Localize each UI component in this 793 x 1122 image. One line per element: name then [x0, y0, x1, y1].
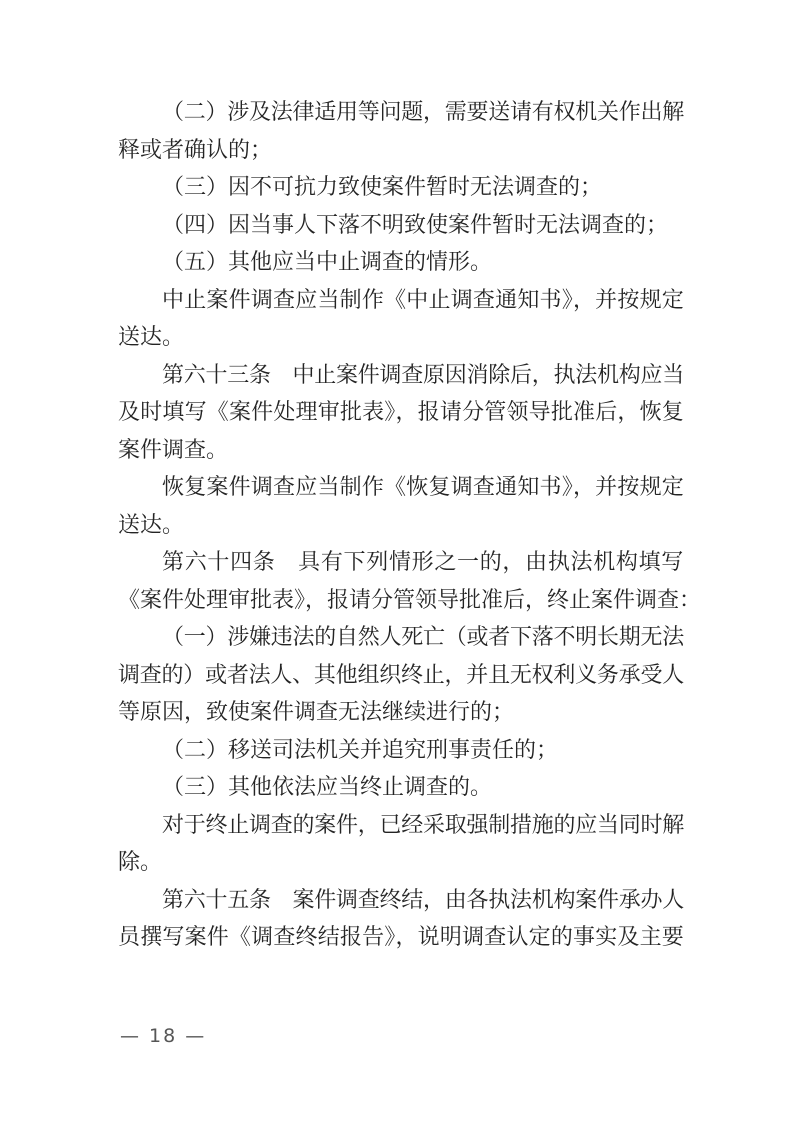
text-line: 恢复案件调查应当制作《恢复调查通知书》，并按规定 — [118, 468, 684, 506]
paragraph: （三）因不可抗力致使案件暂时无法调查的； — [118, 168, 684, 206]
text-line-content: 除。 — [118, 849, 162, 874]
document-page: （二）涉及法律适用等问题，需要送请有权机关作出解释或者确认的；（三）因不可抗力致… — [0, 0, 793, 1122]
text-line-content: 等原因，致使案件调查无法继续进行的； — [118, 699, 514, 724]
text-line-content: 《案件处理审批表》，报请分管领导批准后，终止案件调查： — [118, 587, 701, 612]
text-line-content: 案件调查。 — [118, 437, 228, 462]
text-line: 案件调查。 — [118, 431, 684, 469]
paragraph: （二）移送司法机关并追究刑事责任的； — [118, 731, 684, 769]
text-line-content: 送达。 — [118, 512, 184, 537]
text-line: （三）其他依法应当终止调查的。 — [118, 768, 684, 806]
paragraph: （二）涉及法律适用等问题，需要送请有权机关作出解释或者确认的； — [118, 93, 684, 168]
paragraph: 恢复案件调查应当制作《恢复调查通知书》，并按规定送达。 — [118, 468, 684, 543]
text-line-content: 第六十四条 具有下列情形之一的，由执法机构填写 — [162, 549, 684, 574]
text-line: （四）因当事人下落不明致使案件暂时无法调查的； — [118, 206, 684, 244]
paragraph: 第六十五条 案件调查终结，由各执法机构案件承办人员撰写案件《调查终结报告》，说明… — [118, 881, 684, 956]
text-line: 中止案件调查应当制作《中止调查通知书》，并按规定 — [118, 281, 684, 319]
page-number: — 18 — — [120, 1025, 206, 1047]
text-line: 调查的）或者法人、其他组织终止，并且无权利义务承受人 — [118, 656, 684, 694]
text-line: 送达。 — [118, 506, 684, 544]
text-line: 第六十四条 具有下列情形之一的，由执法机构填写 — [118, 543, 684, 581]
text-line-content: （四）因当事人下落不明致使案件暂时无法调查的； — [162, 212, 668, 237]
document-body: （二）涉及法律适用等问题，需要送请有权机关作出解释或者确认的；（三）因不可抗力致… — [118, 93, 684, 956]
text-line-content: 第六十三条 中止案件调查原因消除后，执法机构应当 — [162, 362, 684, 387]
text-line-content: 对于终止调查的案件，已经采取强制措施的应当同时解 — [162, 812, 684, 837]
paragraph: 对于终止调查的案件，已经采取强制措施的应当同时解除。 — [118, 806, 684, 881]
text-line: 释或者确认的； — [118, 131, 684, 169]
text-line-content: 第六十五条 案件调查终结，由各执法机构案件承办人 — [162, 887, 684, 912]
paragraph: 第六十三条 中止案件调查原因消除后，执法机构应当及时填写《案件处理审批表》，报请… — [118, 356, 684, 469]
paragraph: 第六十四条 具有下列情形之一的，由执法机构填写《案件处理审批表》，报请分管领导批… — [118, 543, 684, 618]
text-line-content: （三）因不可抗力致使案件暂时无法调查的； — [162, 174, 602, 199]
text-line: （一）涉嫌违法的自然人死亡（或者下落不明长期无法 — [118, 618, 684, 656]
text-line: 及时填写《案件处理审批表》，报请分管领导批准后，恢复 — [118, 393, 684, 431]
text-line: （二）涉及法律适用等问题，需要送请有权机关作出解 — [118, 93, 684, 131]
text-line-content: 及时填写《案件处理审批表》，报请分管领导批准后，恢复 — [118, 399, 684, 424]
text-line-content: 员撰写案件《调查终结报告》，说明调查认定的事实及主要 — [118, 924, 684, 949]
page-footer: — 18 — — [120, 1025, 206, 1047]
text-line: 《案件处理审批表》，报请分管领导批准后，终止案件调查： — [118, 581, 684, 619]
text-line: （五）其他应当中止调查的情形。 — [118, 243, 684, 281]
paragraph: （三）其他依法应当终止调查的。 — [118, 768, 684, 806]
text-line-content: （三）其他依法应当终止调查的。 — [162, 774, 492, 799]
text-line: 送达。 — [118, 318, 684, 356]
text-line: （三）因不可抗力致使案件暂时无法调查的； — [118, 168, 684, 206]
text-line-content: 中止案件调查应当制作《中止调查通知书》，并按规定 — [162, 287, 684, 312]
text-line: 等原因，致使案件调查无法继续进行的； — [118, 693, 684, 731]
paragraph: （四）因当事人下落不明致使案件暂时无法调查的； — [118, 206, 684, 244]
paragraph: 中止案件调查应当制作《中止调查通知书》，并按规定送达。 — [118, 281, 684, 356]
text-line-content: 释或者确认的； — [118, 137, 272, 162]
text-line-content: （一）涉嫌违法的自然人死亡（或者下落不明长期无法 — [162, 624, 684, 649]
text-line: 第六十三条 中止案件调查原因消除后，执法机构应当 — [118, 356, 684, 394]
text-line-content: （二）涉及法律适用等问题，需要送请有权机关作出解 — [162, 99, 684, 124]
text-line-content: （五）其他应当中止调查的情形。 — [162, 249, 492, 274]
text-line: 第六十五条 案件调查终结，由各执法机构案件承办人 — [118, 881, 684, 919]
text-line-content: （二）移送司法机关并追究刑事责任的； — [162, 737, 558, 762]
text-line: 除。 — [118, 843, 684, 881]
text-line: 对于终止调查的案件，已经采取强制措施的应当同时解 — [118, 806, 684, 844]
text-line: （二）移送司法机关并追究刑事责任的； — [118, 731, 684, 769]
paragraph: （五）其他应当中止调查的情形。 — [118, 243, 684, 281]
text-line-content: 恢复案件调查应当制作《恢复调查通知书》，并按规定 — [162, 474, 684, 499]
text-line-content: 调查的）或者法人、其他组织终止，并且无权利义务承受人 — [118, 662, 684, 687]
text-line-content: 送达。 — [118, 324, 184, 349]
text-line: 员撰写案件《调查终结报告》，说明调查认定的事实及主要 — [118, 918, 684, 956]
paragraph: （一）涉嫌违法的自然人死亡（或者下落不明长期无法调查的）或者法人、其他组织终止，… — [118, 618, 684, 731]
